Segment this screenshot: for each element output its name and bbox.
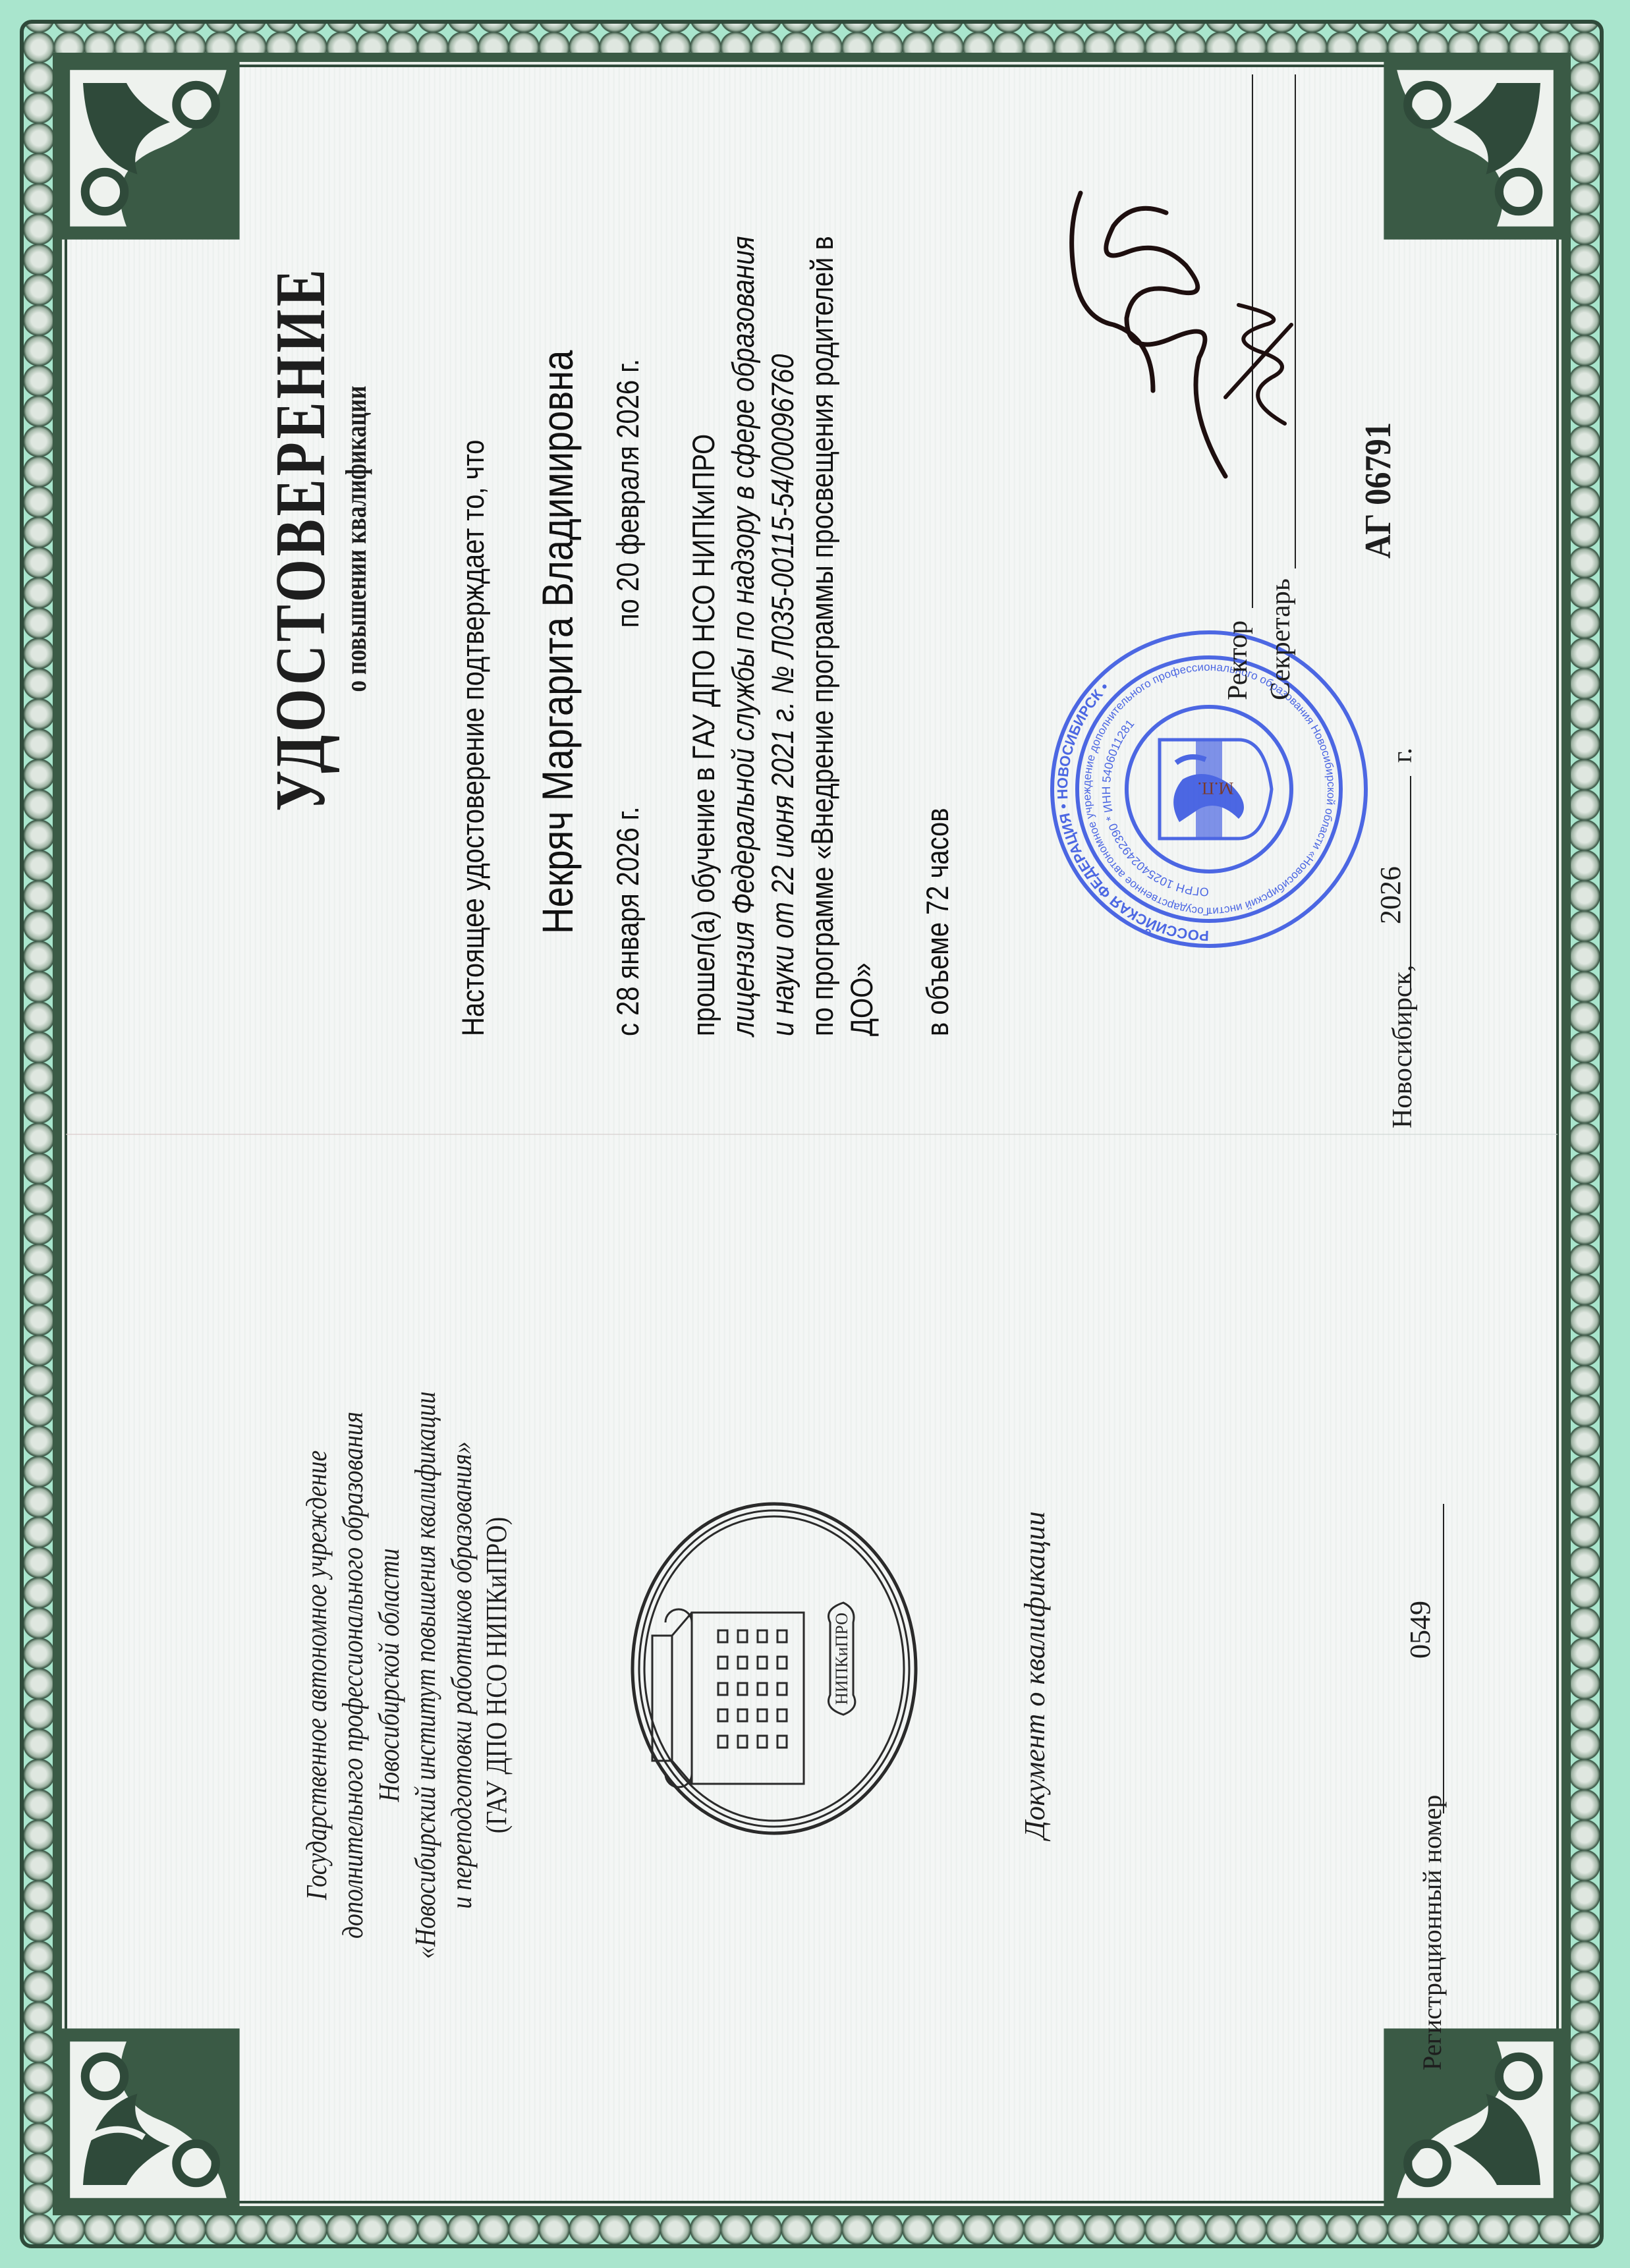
corner-ornament-icon [1366,40,1584,257]
emblem-ribbon-text: НИПКиПРО [832,1613,851,1705]
certificate-subtitle: о повышении квалификации [339,157,373,921]
registration-underline [1443,1504,1444,1813]
program-line: по программе «Внедрение программы просве… [804,236,840,1036]
recipient-name: Некряч Маргарита Владимировна [532,350,582,934]
serial-number: АГ 06791 [1357,422,1399,559]
issue-city: Новосибирск, [1387,965,1419,1128]
course-volume: в объеме 72 часов [919,808,955,1036]
corner-ornament-icon [40,2011,257,2228]
secretary-signature-icon [1199,292,1305,437]
page-fold [66,1134,1558,1135]
rector-label: Ректор [1222,621,1254,700]
date-from: с 28 января 2026 г. [609,806,646,1036]
certificate-document: Государственное автономное учреждение до… [0,0,1630,2268]
program-line: ДОО» [843,963,880,1036]
institution-line: и переподготовки работников образования» [445,1283,478,2067]
document-type: Документ о квалификации [1018,1214,1052,2136]
secretary-label: Секретарь [1265,578,1297,700]
license-line: лицензия Федеральной службы по надзору в… [725,236,761,1036]
intro-text: Настоящее удостоверение подтверждает то,… [455,439,491,1036]
institution-line: Государственное автономное учреждение [300,1283,333,2067]
study-line: прошел(а) обучение в ГАУ ДПО НСО НИПКиПР… [685,434,721,1036]
registration-label: Регистрационный номер [1417,1795,1447,2070]
issue-year-suffix: г. [1387,748,1419,763]
institution-abbreviation: (ГАУ ДПО НСО НИПКиПРО) [480,1283,513,2067]
date-to: по 20 февраля 2026 г. [609,359,646,628]
license-line: и науки от 22 июня 2021 г. № Л035-00115-… [764,354,801,1036]
issue-year: 2026 [1374,866,1407,924]
stamp-mp-label: М.П. [1198,779,1234,798]
corner-ornament-icon [1366,2011,1584,2228]
certificate-title: УДОСТОВЕРЕНИЕ [260,167,342,912]
official-stamp-icon: РОССИЙСКАЯ ФЕДЕРАЦИЯ • НОВОСИБИРСК • Гос… [1048,628,1370,951]
institution-line: Новосибирской области [372,1283,406,2067]
issue-date-underline [1410,776,1411,993]
institution-line: «Новосибирский институт повышения квалиф… [408,1283,442,2067]
registration-number: 0549 [1403,1601,1437,1659]
institution-line: дополнительного профессионального образо… [336,1283,370,2067]
institute-building-emblem-icon: НИПКиПРО [626,1497,922,1840]
corner-ornament-icon [40,40,257,257]
